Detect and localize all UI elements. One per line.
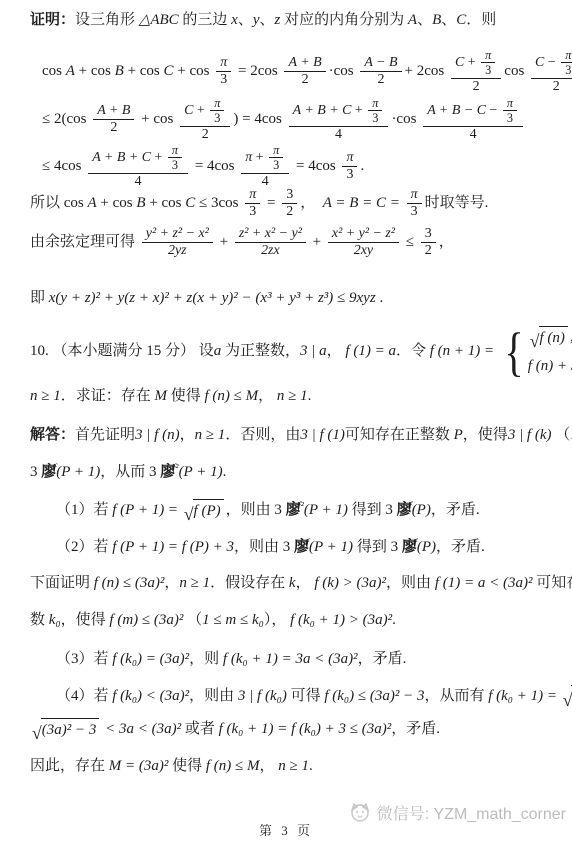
fraction: π3: [168, 143, 182, 173]
square-root: √f (P): [184, 499, 224, 523]
fraction: π3: [342, 150, 357, 184]
fraction: x² + y² − z²2xy: [328, 226, 399, 260]
not-divides-line: 3 廖f(P + 1)，从而 3 廖f²(P + 1).: [30, 462, 566, 484]
fraction: π3: [481, 48, 495, 78]
piecewise-cases: {√f (n), √f (n) ∈ Z,f (n) + 3, √f (n) ∉ …: [501, 326, 572, 379]
case-2: （2）若 f (P + 1) = f (P) + 3，则由 3 廖f(P + 1…: [56, 537, 566, 559]
corrupted-nmid-glyph: 廖f: [402, 537, 417, 559]
fraction: C + π32: [451, 48, 501, 95]
corrupted-nmid-glyph: 廖f²: [286, 500, 304, 522]
fraction: A − B2: [360, 55, 401, 89]
fraction: π3: [245, 187, 260, 221]
case-4: （4）若 f (k₀) < (3a)²，则由 3 | f (k₀) 可得 f (…: [56, 685, 566, 709]
fraction: π3: [269, 143, 283, 173]
page-number: 第 3 页: [0, 820, 572, 839]
problem-10-statement: 10. （本小题满分 15 分） 设a 为正整数，3 | a， f (1) = …: [30, 326, 566, 379]
bound-proof-continued: 数 k₀，使得 f (m) ≤ (3a)² （1 ≤ m ≤ k₀）， f (k…: [30, 610, 566, 632]
square-root: √f (n): [530, 326, 568, 350]
fraction: z² + x² − y²2zx: [235, 226, 306, 260]
case-1: （1）若 f (P + 1) = √f (P)，则由 3 廖f²(P + 1) …: [56, 499, 566, 523]
equation-final-bound: ≤ 4cos A + B + C + π34 = 4cos π + π34 = …: [42, 143, 566, 190]
fraction: A + B2: [93, 103, 134, 137]
conclusion-cos-sum: 所以 cos A + cos B + cos C ≤ 3cos π3 = 32，…: [30, 187, 566, 221]
fraction: π3: [210, 96, 224, 126]
fraction: A + B − C − π34: [423, 96, 523, 143]
fraction: 32: [282, 187, 297, 221]
fraction: π3: [503, 96, 517, 126]
corrupted-nmid-glyph: 廖f: [294, 537, 309, 559]
case-4-continued: √(3a)² − 3 < 3a < (3a)² 或者 f (k₀ + 1) = …: [30, 718, 566, 742]
cosine-rule-inequality: 由余弦定理可得 y² + z² − x²2yz + z² + x² − y²2z…: [30, 226, 566, 260]
problem-10-claim: n ≥ 1．求证：存在 M 使得 f (n) ≤ M， n ≥ 1.: [30, 386, 566, 408]
corrupted-nmid-glyph: 廖f: [397, 500, 412, 522]
corrupted-nmid-glyph: 廖f: [41, 462, 56, 484]
expanded-inequality: 即 x(y + z)² + y(z + x)² + z(x + y)² − (x…: [30, 288, 566, 310]
fraction: π3: [368, 96, 382, 126]
document-page: 证明：设三角形 △ABC 的三边 x、y、z 对应的内角分别为 A、B、C．则c…: [0, 0, 572, 843]
fraction: C + π32: [180, 96, 230, 143]
fraction: π3: [561, 48, 572, 78]
square-root: √(3a)² − 3: [32, 718, 99, 742]
fraction: π3: [407, 187, 422, 221]
fraction: y² + z² − x²2yz: [142, 226, 213, 260]
fraction: A + B + C + π34: [88, 143, 188, 190]
equation-cos-sum-expansion: cos A + cos B + cos C + cos π3 = 2cos A …: [42, 48, 566, 95]
fraction: C − π32: [531, 48, 572, 95]
equation-inequality-step: ≤ 2(cos A + B2 + cos C + π32) = 4cos A +…: [42, 96, 566, 143]
square-root: √f (k₀): [563, 685, 572, 709]
fraction: A + B + C + π34: [289, 96, 389, 143]
fraction: π + π34: [241, 143, 289, 190]
case-3: （3）若 f (k₀) = (3a)²，则 f (k₀ + 1) = 3a < …: [56, 649, 566, 671]
fraction: 32: [421, 226, 436, 260]
fraction: A + B2: [284, 55, 325, 89]
proof-heading-line: 证明：设三角形 △ABC 的三边 x、y、z 对应的内角分别为 A、B、C．则: [30, 10, 566, 32]
final-conclusion: 因此，存在 M = (3a)² 使得 f (n) ≤ M， n ≥ 1.: [30, 756, 566, 778]
fraction: π3: [216, 55, 231, 89]
solution-intro: 解答：首先证明3 | f (n)，n ≥ 1．否则，由3 | f (1)可知存在…: [30, 425, 566, 447]
bound-proof-start: 下面证明 f (n) ≤ (3a)²，n ≥ 1．假设存在 k， f (k) >…: [30, 573, 566, 595]
corrupted-nmid-glyph: 廖f²: [160, 462, 178, 484]
